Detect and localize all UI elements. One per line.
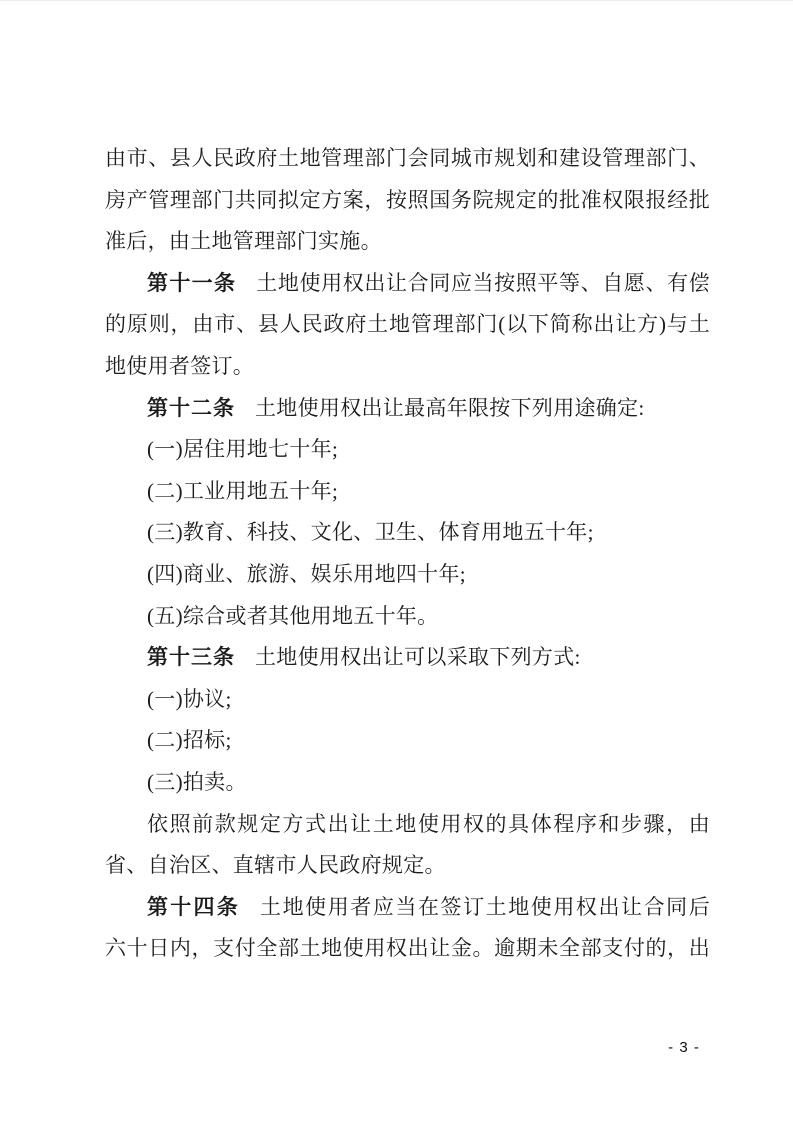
text-line: 房产管理部门共同拟定方案，按照国务院规定的批准权限报经批 <box>105 180 710 222</box>
text-line: (四)商业、旅游、娱乐用地四十年; <box>105 554 710 596</box>
text-line: (二)招标; <box>105 720 710 762</box>
text-line: 由市、县人民政府土地管理部门会同城市规划和建设管理部门、 <box>105 138 710 180</box>
text-line: 省、自治区、直辖市人民政府规定。 <box>105 845 710 887</box>
text-line: (五)综合或者其他用地五十年。 <box>105 596 710 638</box>
document-page: 由市、县人民政府土地管理部门会同城市规划和建设管理部门、房产管理部门共同拟定方案… <box>0 0 793 1122</box>
page-number: - 3 - <box>652 1037 716 1059</box>
text-line: (三)拍卖。 <box>105 762 710 804</box>
document-body: 由市、县人民政府土地管理部门会同城市规划和建设管理部门、房产管理部门共同拟定方案… <box>105 138 710 970</box>
text-line: (三)教育、科技、文化、卫生、体育用地五十年; <box>105 512 710 554</box>
article-number: 第十一条 <box>147 272 236 295</box>
text-line: (一)协议; <box>105 679 710 721</box>
text-line: 依照前款规定方式出让土地使用权的具体程序和步骤，由 <box>105 804 710 846</box>
article-number: 第十四条 <box>147 896 240 919</box>
text-line: 地使用者签订。 <box>105 346 710 388</box>
text-line: 的原则，由市、县人民政府土地管理部门(以下简称出让方)与土 <box>105 304 710 346</box>
article-line: 第十二条土地使用权出让最高年限按下列用途确定: <box>105 388 710 430</box>
article-line: 第十四条土地使用者应当在签订土地使用权出让合同后 <box>105 887 710 929</box>
article-line: 第十一条土地使用权出让合同应当按照平等、自愿、有偿 <box>105 263 710 305</box>
text-line: 六十日内，支付全部土地使用权出让金。逾期未全部支付的，出 <box>105 928 710 970</box>
text-line: (二)工业用地五十年; <box>105 471 710 513</box>
text-line: 准后，由土地管理部门实施。 <box>105 221 710 263</box>
article-number: 第十二条 <box>147 397 235 420</box>
article-line: 第十三条土地使用权出让可以采取下列方式: <box>105 637 710 679</box>
text-line: (一)居住用地七十年; <box>105 429 710 471</box>
article-number: 第十三条 <box>147 646 235 669</box>
